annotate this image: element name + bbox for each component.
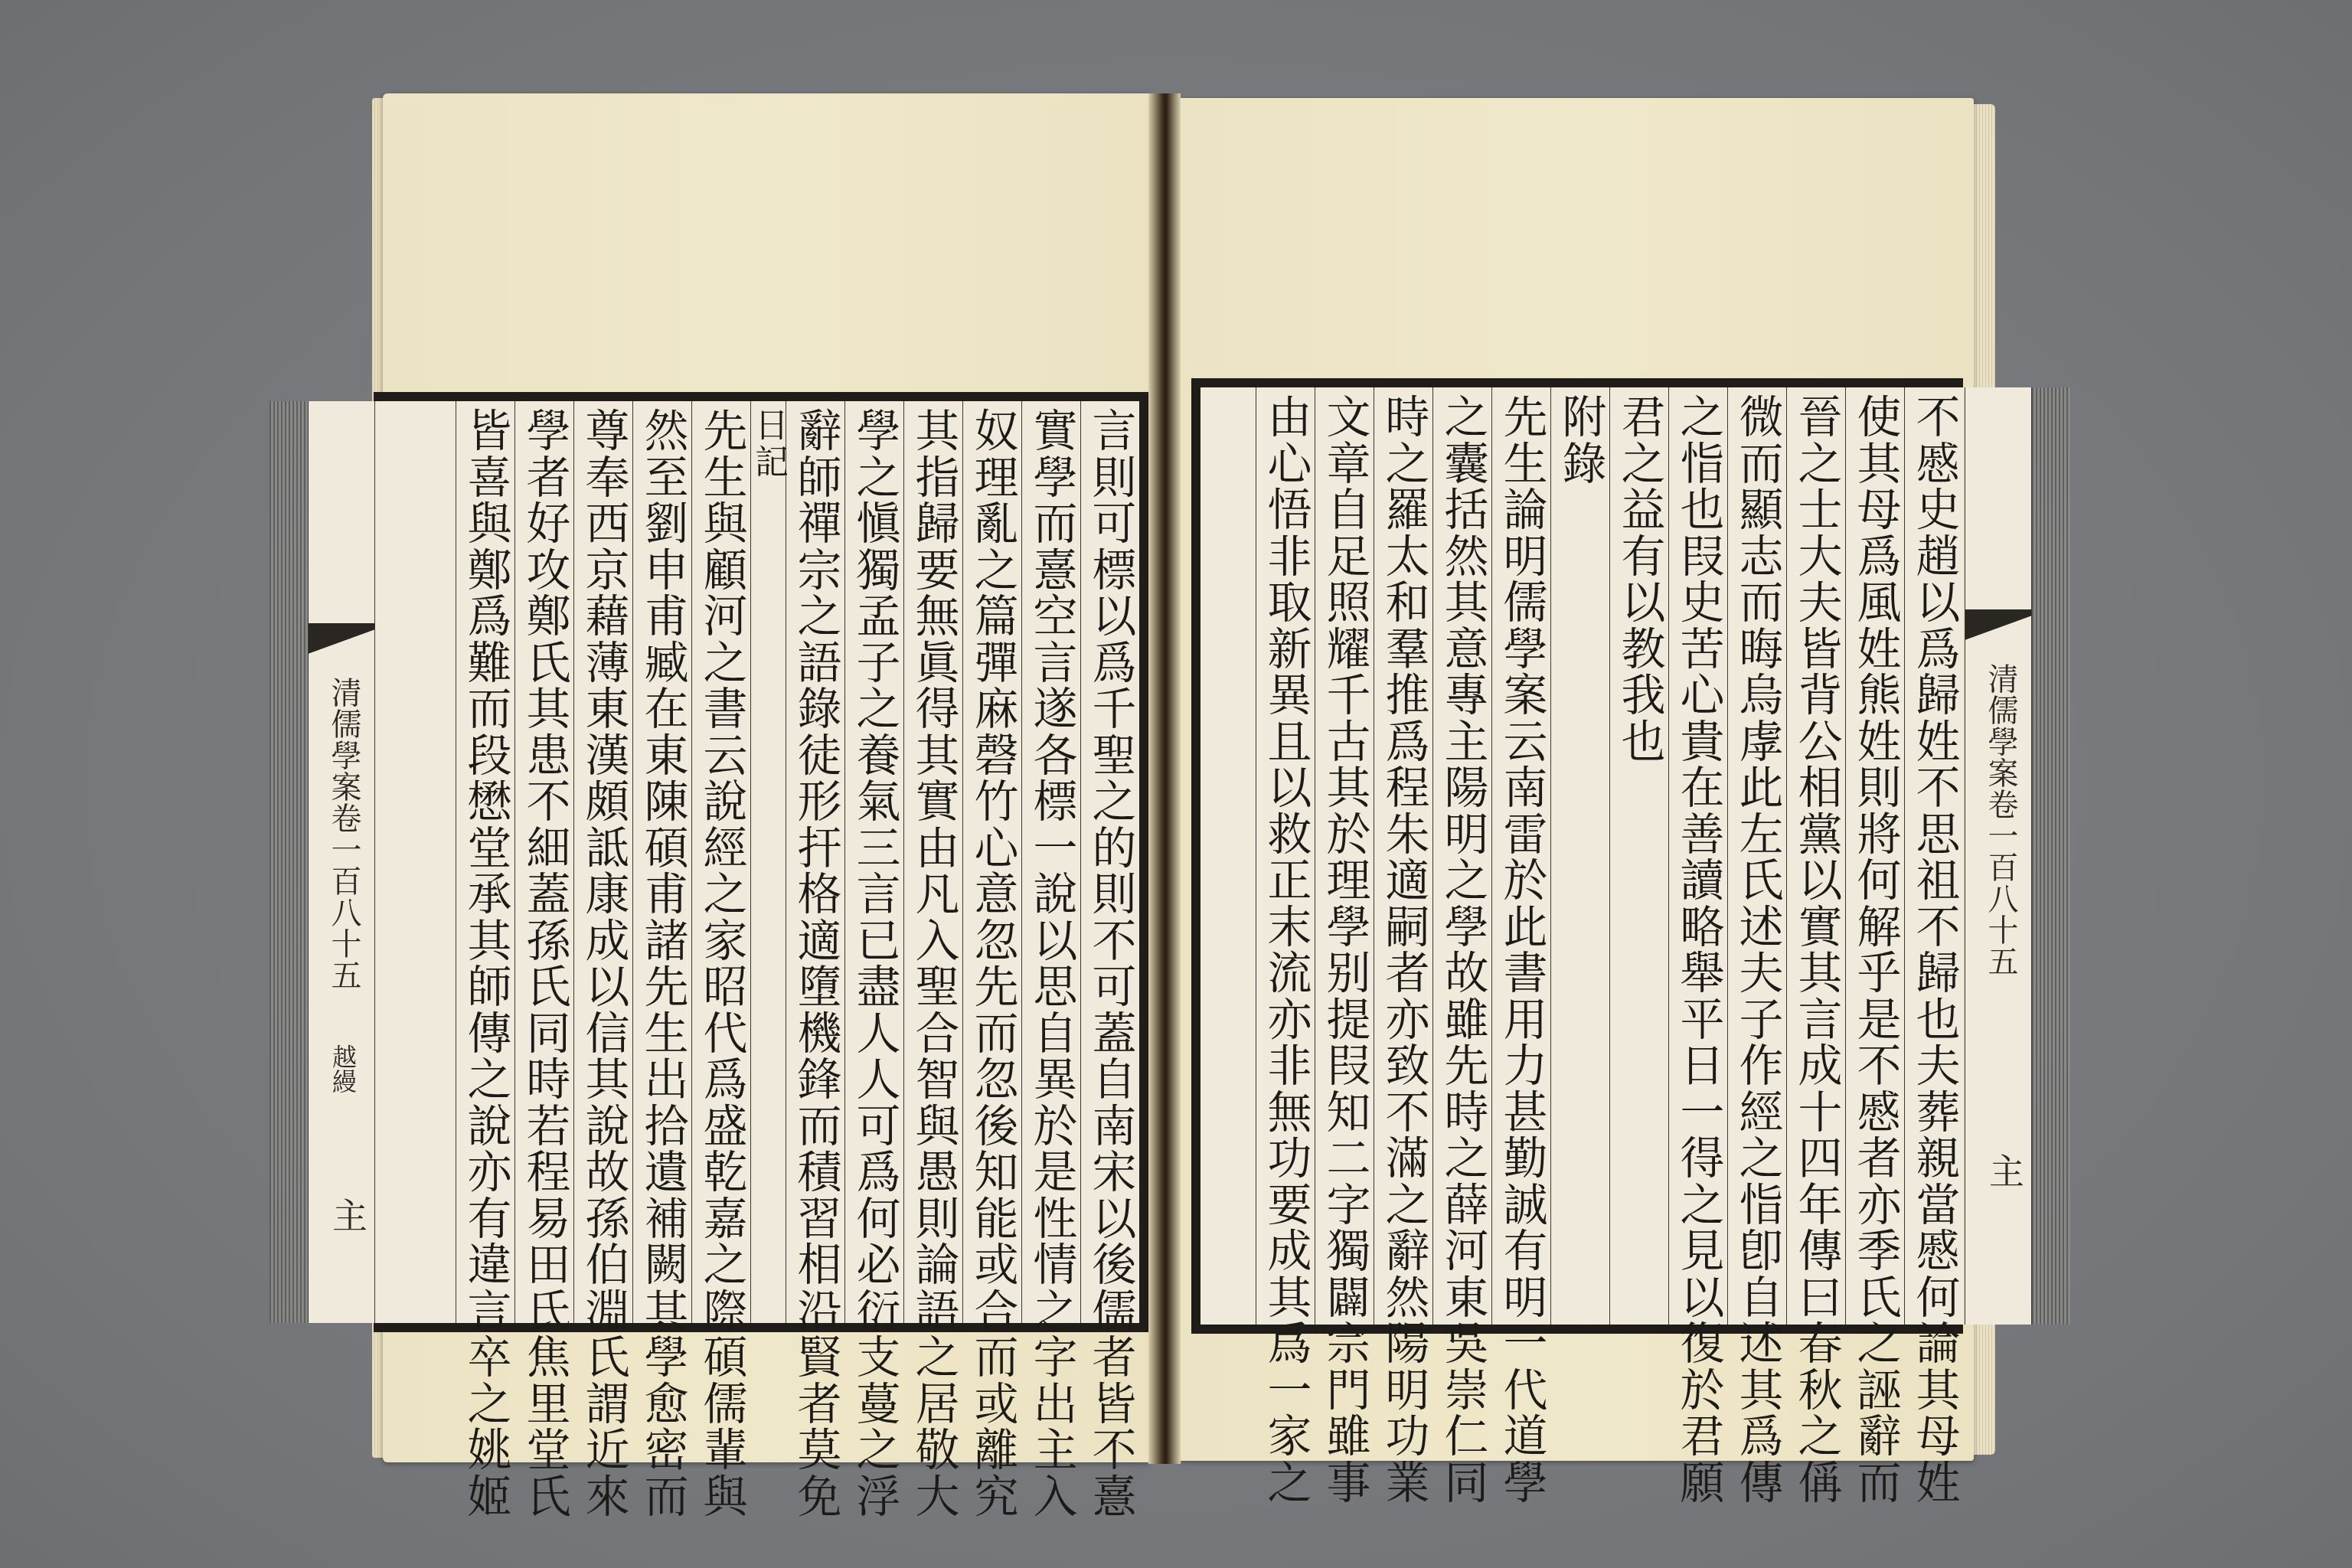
left-banxin-subtitle: 越縵: [325, 1044, 361, 1093]
right-banxin-margin: 清儒學案卷一百八十五 主: [1965, 387, 2032, 1325]
column-text: 言則可標以爲千聖之的則不可蓋自南宋以後儒者皆不憙: [1081, 401, 1140, 1323]
text-column: 奴理亂之篇彈麻磬竹心意忽先而忽後知能或合而或離究: [962, 401, 1021, 1323]
column-text: 學之愼獨孟子之養氣三言已盡人人可爲何必衍支蔓之浮: [845, 401, 904, 1323]
right-page-print-frame: 清儒學案卷一百八十五 主 不慼史趙以爲歸姓不思祖不歸也夫葬親當慼何論其母姓 使其…: [1191, 378, 1963, 1334]
column-text: 文章自足照耀千古其於理學别提叚知二字獨闢宗門雖事: [1315, 387, 1374, 1325]
column-text: 尊奉西京藉薄東漢頗詆康成以信其說故孫伯淵氏謂近來: [574, 401, 633, 1323]
text-column: 然至劉申甫臧在東陳碩甫諸先生出拾遺補闕其學愈密而: [632, 401, 691, 1323]
book-gutter: [1148, 93, 1181, 1464]
column-text: 實學而憙空言遂各標一說以思自異於是性情之字出主入: [1022, 401, 1081, 1323]
left-edge-smear: [269, 401, 308, 1323]
column-text: 先生論明儒學案云南雷於此書用力甚勤誠有明一代道學: [1492, 387, 1551, 1325]
left-banxin-title: 清儒學案卷一百八十五: [322, 677, 366, 991]
section-heading-column: 附錄: [1550, 387, 1609, 1325]
column-text: 微而顯志而晦烏虖此左氏述夫子作經之恉卽自述其爲傳: [1728, 387, 1787, 1325]
column-text: 然至劉申甫臧在東陳碩甫諸先生出拾遺補闕其學愈密而: [633, 401, 692, 1323]
text-column: 使其母爲風姓熊姓則將何解乎是不慼者亦季氏之誣辭而: [1845, 387, 1904, 1325]
text-column: 晉之士大夫皆背公相黨以實其言成十四年傳曰春秋之偁: [1786, 387, 1845, 1325]
text-column: 先生論明儒學案云南雷於此書用力甚勤誠有明一代道學: [1491, 387, 1550, 1325]
column-text: 由心悟非取新異且以救正末流亦非無功要成其爲一家之: [1256, 387, 1315, 1325]
section-heading-appendix: 附錄: [1551, 387, 1610, 1325]
text-column: 學之愼獨孟子之養氣三言已盡人人可爲何必衍支蔓之浮: [844, 401, 903, 1323]
text-column: 之囊括然其意專主陽明之學故雖先時之薛河東吳崇仁同: [1432, 387, 1491, 1325]
column-text: 皆喜與鄭爲難而段懋堂承其師傳之說亦有違言卒之姚姬: [456, 401, 515, 1323]
section-heading-column: 日記: [750, 401, 786, 1323]
fishtail-mark-icon: [1965, 609, 2031, 652]
text-column: 時之羅太和羣推爲程朱適嗣者亦致不滿之辭然陽明功業: [1374, 387, 1432, 1325]
column-text: 之恉也叚史苦心貴在善讀略舉平日一得之見以復於君願: [1669, 387, 1728, 1325]
column-text: 晉之士大夫皆背公相黨以實其言成十四年傳曰春秋之偁: [1787, 387, 1846, 1325]
column-text: 君之益有以教我也: [1610, 387, 1669, 1325]
right-banxin-title: 清儒學案卷一百八十五: [1979, 663, 2023, 977]
text-column: 微而顯志而晦烏虖此左氏述夫子作經之恉卽自述其爲傳: [1727, 387, 1786, 1325]
text-column: 由心悟非取新異且以救正末流亦非無功要成其爲一家之: [1256, 387, 1315, 1325]
column-text: 使其母爲風姓熊姓則將何解乎是不慼者亦季氏之誣辭而: [1846, 387, 1905, 1325]
open-book: 清儒學案卷一百八十五 越縵 主 言則可標以爲千聖之的則不可蓋自南宋以後儒者皆不憙…: [0, 0, 2352, 1568]
text-column: 之恉也叚史苦心貴在善讀略舉平日一得之見以復於君願: [1668, 387, 1727, 1325]
left-text-columns: 言則可標以爲千聖之的則不可蓋自南宋以後儒者皆不憙 實學而憙空言遂各標一說以思自異…: [374, 401, 1139, 1323]
text-column: 學者好攻鄭氏其患不細蓋孫氏同時若程易田氏焦里堂氏: [514, 401, 573, 1323]
right-edge-smear: [2032, 387, 2070, 1325]
text-column: 君之益有以教我也: [1609, 387, 1668, 1325]
fishtail-mark-icon: [309, 623, 374, 666]
column-text: 之囊括然其意專主陽明之學故雖先時之薛河東吳崇仁同: [1433, 387, 1492, 1325]
column-text: 奴理亂之篇彈麻磬竹心意忽先而忽後知能或合而或離究: [963, 401, 1022, 1323]
right-folio-number: 主: [1979, 1153, 2030, 1188]
text-column: 皆喜與鄭爲難而段懋堂承其師傳之說亦有違言卒之姚姬: [456, 401, 514, 1323]
right-text-columns: 不慼史趙以爲歸姓不思祖不歸也夫葬親當慼何論其母姓 使其母爲風姓熊姓則將何解乎是不…: [1200, 387, 1963, 1325]
column-text: 不慼史趙以爲歸姓不思祖不歸也夫葬親當慼何論其母姓: [1905, 387, 1964, 1325]
text-column: 言則可標以爲千聖之的則不可蓋自南宋以後儒者皆不憙: [1080, 401, 1139, 1323]
left-folio-number: 主: [322, 1197, 373, 1233]
text-column: 先生與顧河之書云說經之家昭代爲盛乾嘉之際碩儒輩與: [691, 401, 750, 1323]
text-column: 其指歸要無眞得其實由凡入聖合智與愚則論語之居敬大: [903, 401, 962, 1323]
column-text: 時之羅太和羣推爲程朱適嗣者亦致不滿之辭然陽明功業: [1374, 387, 1433, 1325]
text-column: 尊奉西京藉薄東漢頗詆康成以信其說故孫伯淵氏謂近來: [573, 401, 632, 1323]
column-text: 其指歸要無眞得其實由凡入聖合智與愚則論語之居敬大: [904, 401, 963, 1323]
text-column: 實學而憙空言遂各標一說以思自異於是性情之字出主入: [1021, 401, 1080, 1323]
column-text: 先生與顧河之書云說經之家昭代爲盛乾嘉之際碩儒輩與: [692, 401, 751, 1323]
column-text: 學者好攻鄭氏其患不細蓋孫氏同時若程易田氏焦里堂氏: [515, 401, 574, 1323]
left-banxin-margin: 清儒學案卷一百八十五 越縵 主: [308, 401, 375, 1323]
left-page-print-frame: 清儒學案卷一百八十五 越縵 主 言則可標以爲千聖之的則不可蓋自南宋以後儒者皆不憙…: [374, 392, 1148, 1332]
text-column: 不慼史趙以爲歸姓不思祖不歸也夫葬親當慼何論其母姓: [1904, 387, 1963, 1325]
text-column: 文章自足照耀千古其於理學别提叚知二字獨闢宗門雖事: [1315, 387, 1374, 1325]
